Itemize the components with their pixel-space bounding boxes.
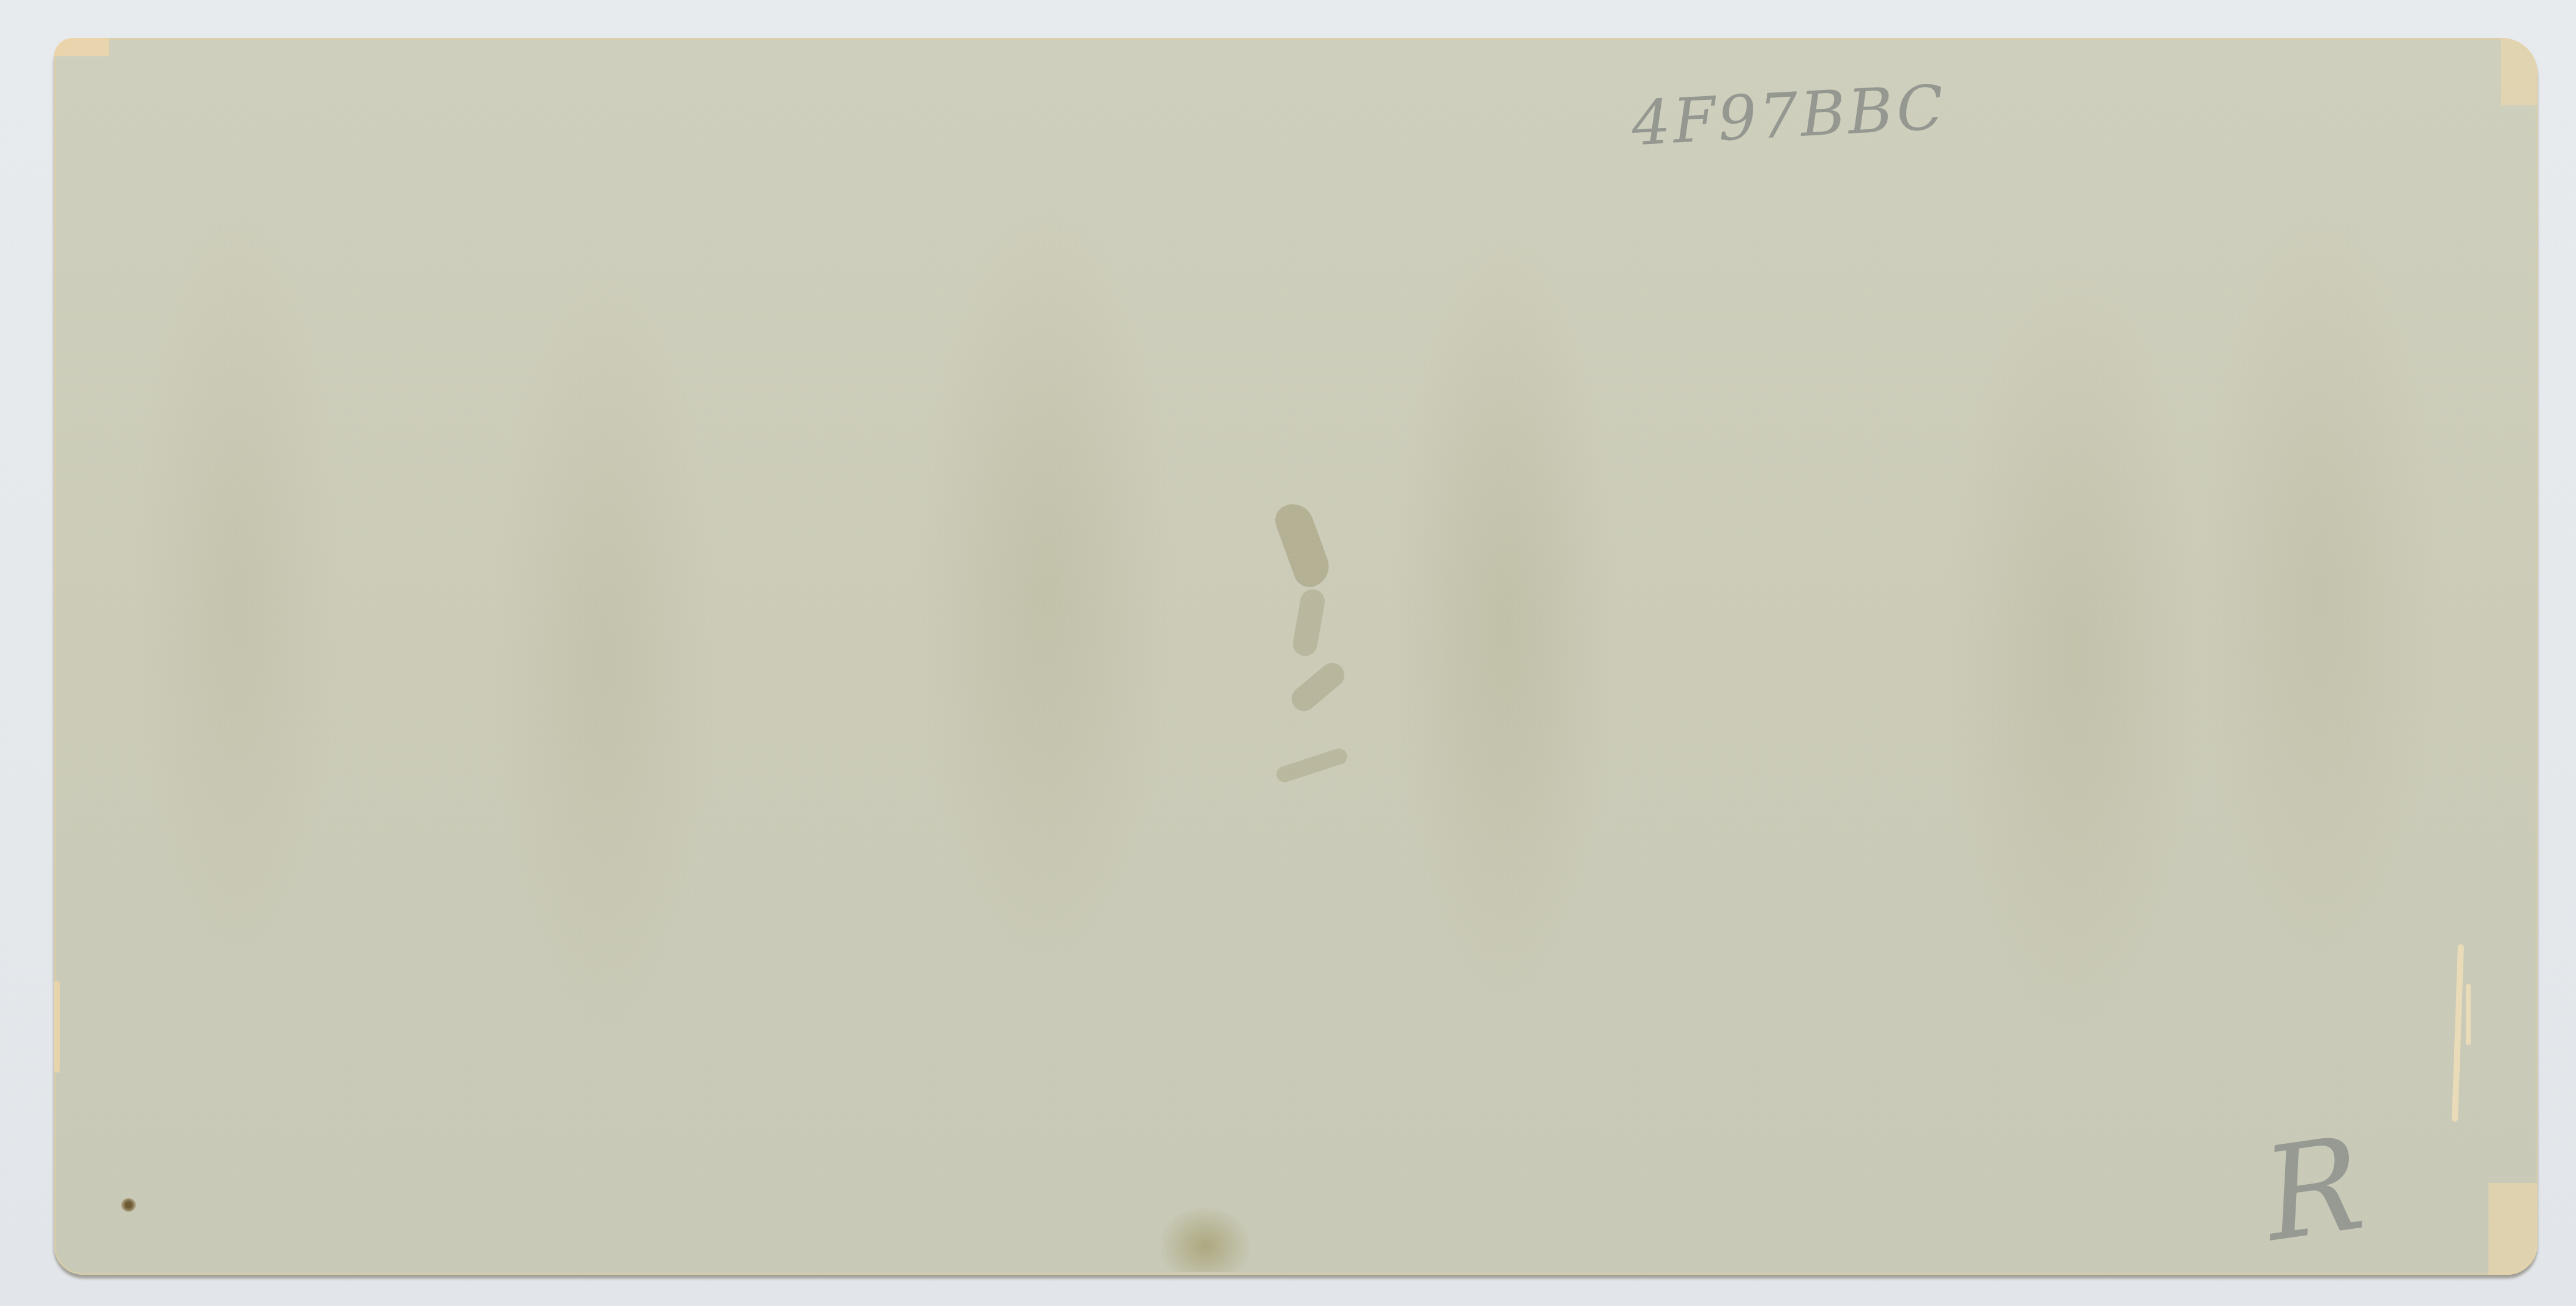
scuff-mark xyxy=(2466,984,2471,1045)
scuff-mark xyxy=(2452,944,2464,1122)
water-stain xyxy=(1161,1207,1249,1272)
brush-mark xyxy=(1287,658,1349,716)
left-edge-wear xyxy=(54,981,60,1073)
brush-mark xyxy=(1275,746,1349,784)
bottom-right-corner-wear xyxy=(2488,1183,2537,1275)
photo-card-back: 4F97BBC R xyxy=(54,38,2537,1275)
brush-mark xyxy=(1271,498,1335,591)
corner-initial-text: R xyxy=(2255,1108,2375,1270)
catalog-number-text: 4F97BBC xyxy=(1630,72,1947,160)
brush-mark xyxy=(1291,587,1327,658)
foxing-spot xyxy=(121,1198,136,1212)
top-left-corner-wear xyxy=(54,38,109,56)
